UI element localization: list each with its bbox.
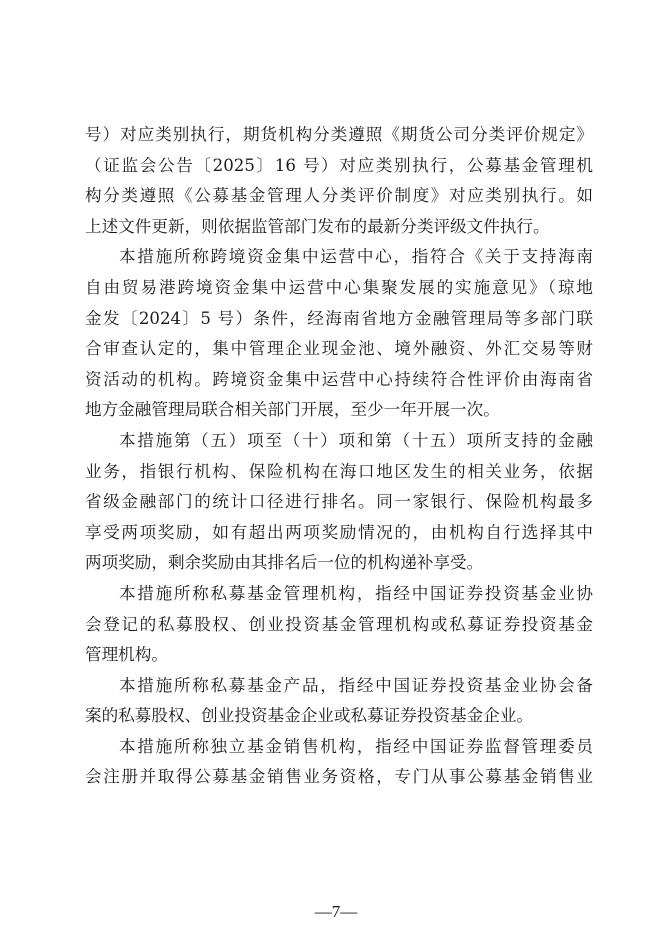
text-line: 自由贸易港跨境资金集中运营中心集聚发展的实施意见》（琼地 bbox=[85, 273, 593, 304]
text-line: 本措施第（五）项至（十）项和第（十五）项所支持的金融 bbox=[85, 426, 593, 457]
text-line: 号）对应类别执行，期货机构分类遵照《期货公司分类评价规定》 bbox=[85, 120, 593, 151]
text-line: 享受两项奖励，如有超出两项奖励情况的，由机构自行选择其中 bbox=[85, 518, 593, 549]
text-line: 资活动的机构。跨境资金集中运营中心持续符合性评价由海南省 bbox=[85, 365, 593, 396]
text-line: 省级金融部门的统计口径进行排名。同一家银行、保险机构最多 bbox=[85, 487, 593, 518]
text-line: 本措施所称私募基金管理机构，指经中国证券投资基金业协 bbox=[85, 579, 593, 610]
text-line: 会登记的私募股权、创业投资基金管理机构或私募证券投资基金 bbox=[85, 610, 593, 641]
document-page: 号）对应类别执行，期货机构分类遵照《期货公司分类评价规定》 （证监会公告〔202… bbox=[85, 120, 593, 793]
text-line: 本措施所称跨境资金集中运营中心，指符合《关于支持海南 bbox=[85, 242, 593, 273]
text-line: 管理机构。 bbox=[85, 640, 593, 671]
paragraph-independent-fund-sales: 本措施所称独立基金销售机构，指经中国证券监督管理委员 会注册并取得公募基金销售业… bbox=[85, 732, 593, 793]
text-line: 合审查认定的，集中管理企业现金池、境外融资、外汇交易等财 bbox=[85, 334, 593, 365]
paragraph-private-fund-product: 本措施所称私募基金产品，指经中国证券投资基金业协会备 案的私募股权、创业投资基金… bbox=[85, 671, 593, 732]
text-line: 两项奖励，剩余奖励由其排名后一位的机构递补享受。 bbox=[85, 548, 593, 579]
text-line: 业务，指银行机构、保险机构在海口地区发生的相关业务，依据 bbox=[85, 457, 593, 488]
text-line: 上述文件更新，则依据监管部门发布的最新分类评级文件执行。 bbox=[85, 212, 593, 243]
text-line: 金发〔2024〕5 号）条件，经海南省地方金融管理局等多部门联 bbox=[85, 304, 593, 335]
paragraph-classification-rules: 号）对应类别执行，期货机构分类遵照《期货公司分类评价规定》 （证监会公告〔202… bbox=[85, 120, 593, 242]
paragraph-cross-border-center: 本措施所称跨境资金集中运营中心，指符合《关于支持海南 自由贸易港跨境资金集中运营… bbox=[85, 242, 593, 426]
text-line: （证监会公告〔2025〕16 号）对应类别执行，公募基金管理机 bbox=[85, 151, 593, 182]
text-line: 本措施所称独立基金销售机构，指经中国证券监督管理委员 bbox=[85, 732, 593, 763]
text-line: 本措施所称私募基金产品，指经中国证券投资基金业协会备 bbox=[85, 671, 593, 702]
page-number: —7— bbox=[0, 902, 672, 922]
text-line: 地方金融管理局联合相关部门开展，至少一年开展一次。 bbox=[85, 395, 593, 426]
text-line: 构分类遵照《公募基金管理人分类评价制度》对应类别执行。如 bbox=[85, 181, 593, 212]
paragraph-private-fund-manager: 本措施所称私募基金管理机构，指经中国证券投资基金业协 会登记的私募股权、创业投资… bbox=[85, 579, 593, 671]
text-line: 会注册并取得公募基金销售业务资格，专门从事公募基金销售业 bbox=[85, 762, 593, 793]
text-line: 案的私募股权、创业投资基金企业或私募证券投资基金企业。 bbox=[85, 701, 593, 732]
paragraph-financial-business-ranking: 本措施第（五）项至（十）项和第（十五）项所支持的金融 业务，指银行机构、保险机构… bbox=[85, 426, 593, 579]
